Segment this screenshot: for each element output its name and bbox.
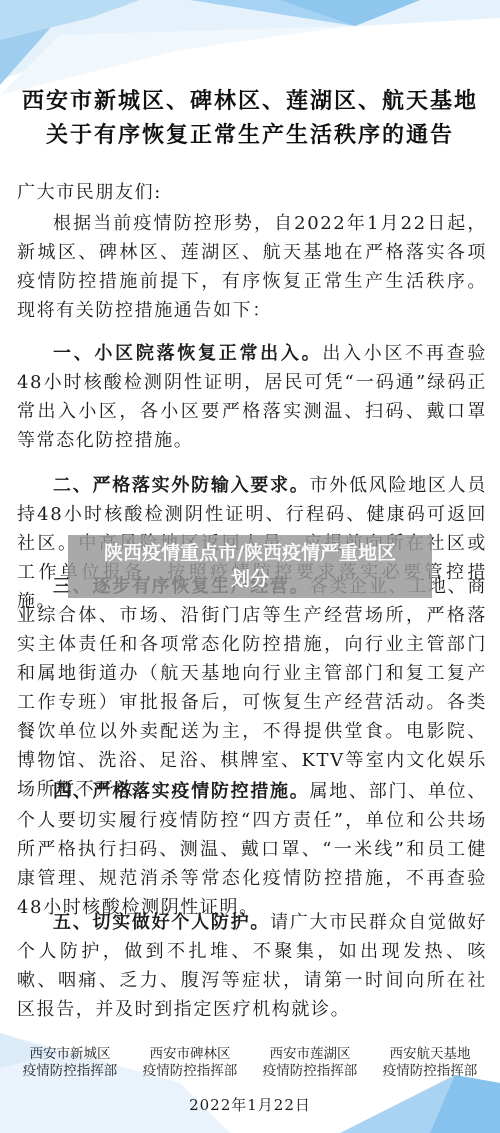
section-heading: 二、严格落实外防输入要求。 bbox=[53, 475, 310, 496]
notice-title-line1: 西安市新城区、碑林区、莲湖区、航天基地 bbox=[0, 84, 500, 115]
signer-office: 疫情防控指挥部 bbox=[250, 1063, 370, 1080]
signer-hangtian: 西安航天基地 疫情防控指挥部 bbox=[370, 1046, 490, 1080]
salutation: 广大市民朋友们: bbox=[17, 178, 487, 207]
signer-lianhu: 西安市莲湖区 疫情防控指挥部 bbox=[250, 1046, 370, 1080]
intro-paragraph: 根据当前疫情防控形势，自2022年1月22日起，新城区、碑林区、莲湖区、航天基地… bbox=[17, 209, 487, 325]
notice-title-line2: 关于有序恢复正常生产生活秩序的通告 bbox=[0, 118, 500, 149]
signer-district: 西安市新城区 bbox=[10, 1046, 130, 1063]
section-heading: 四、严格落实疫情防控措施。 bbox=[53, 781, 310, 802]
signer-xincheng: 西安市新城区 疫情防控指挥部 bbox=[10, 1046, 130, 1080]
section-heading: 一、小区院落恢复正常出入。 bbox=[53, 343, 322, 364]
section-5: 五、切实做好个人防护。请广大市民群众自觉做好个人防护，做到不扎堆、不聚集，如出现… bbox=[17, 908, 487, 1024]
signer-district: 西安航天基地 bbox=[370, 1046, 490, 1063]
section-1: 一、小区院落恢复正常出入。出入小区不再查验48小时核酸检测阴性证明，居民可凭“一… bbox=[17, 339, 487, 455]
signer-office: 疫情防控指挥部 bbox=[10, 1063, 130, 1080]
section-4: 四、严格落实疫情防控措施。属地、部门、单位、个人要切实履行疫情防控“四方责任”，… bbox=[17, 777, 487, 922]
salutation-text: 广大市民朋友们: bbox=[17, 178, 487, 207]
notice-date: 2022年1月22日 bbox=[0, 1094, 500, 1115]
signers-row: 西安市新城区 疫情防控指挥部 西安市碑林区 疫情防控指挥部 西安市莲湖区 疫情防… bbox=[10, 1046, 490, 1080]
signer-district: 西安市碑林区 bbox=[130, 1046, 250, 1063]
signer-district: 西安市莲湖区 bbox=[250, 1046, 370, 1063]
notice-page: 西安市新城区、碑林区、莲湖区、航天基地 关于有序恢复正常生产生活秩序的通告 广大… bbox=[0, 0, 500, 1133]
signer-office: 疫情防控指挥部 bbox=[370, 1063, 490, 1080]
section-3: 三、逐步有序恢复生产经营。各类企业、工地、商业综合体、市场、沿街门店等生产经营场… bbox=[17, 572, 487, 804]
section-heading: 五、切实做好个人防护。 bbox=[53, 912, 270, 933]
intro-text: 根据当前疫情防控形势，自2022年1月22日起，新城区、碑林区、莲湖区、航天基地… bbox=[17, 209, 487, 325]
signer-beilin: 西安市碑林区 疫情防控指挥部 bbox=[130, 1046, 250, 1080]
overlay-line2: 划分 bbox=[68, 566, 432, 592]
overlay-line1: 陕西疫情重点市/陕西疫情严重地区 bbox=[68, 540, 432, 566]
headline-overlay-banner: 陕西疫情重点市/陕西疫情严重地区 划分 bbox=[68, 535, 432, 598]
section-body: 各类企业、工地、商业综合体、市场、沿街门店等生产经营场所，严格落实主体责任和各项… bbox=[17, 576, 487, 800]
signer-office: 疫情防控指挥部 bbox=[130, 1063, 250, 1080]
